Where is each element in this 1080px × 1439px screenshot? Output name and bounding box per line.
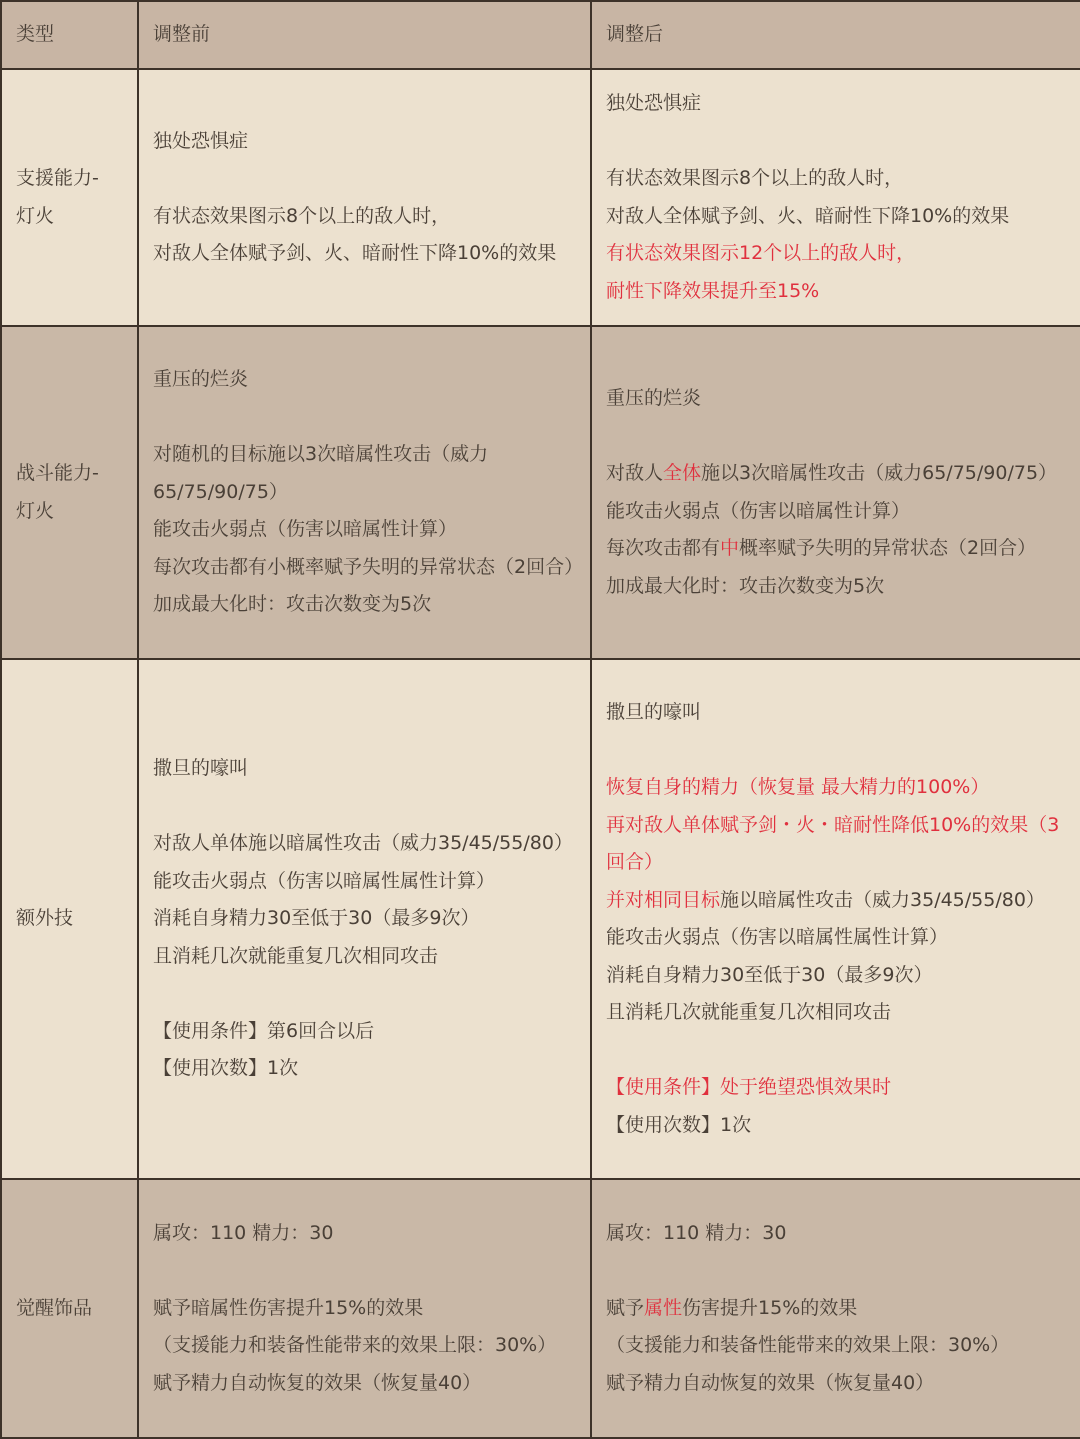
desc-line: 对敌人全体施以3次暗属性攻击（威力65/75/90/75） xyxy=(606,455,1066,493)
desc-line: 对敌人全体赋予剑、火、暗耐性下降10%的效果 xyxy=(153,235,576,273)
desc-line: 对敌人全体赋予剑、火、暗耐性下降10%的效果 xyxy=(606,198,1066,236)
desc-line: 有状态效果图示8个以上的敌人时， xyxy=(153,198,576,236)
desc-line: 能攻击火弱点（伤害以暗属性计算） xyxy=(606,493,1066,531)
changed-text: 全体 xyxy=(663,462,701,484)
after-cell: 独处恐惧症 有状态效果图示8个以上的敌人时， 对敌人全体赋予剑、火、暗耐性下降1… xyxy=(591,69,1080,326)
desc-line: 能攻击火弱点（伤害以暗属性计算） xyxy=(153,511,576,549)
stats-line: 属攻：110 精力：30 xyxy=(153,1215,576,1253)
desc-line: 对敌人单体施以暗属性攻击（威力35/45/55/80） xyxy=(153,825,576,863)
desc-line: 且消耗几次就能重复几次相同攻击 xyxy=(153,938,576,976)
skill-title: 撒旦的嚎叫 xyxy=(606,694,1066,732)
header-type: 类型 xyxy=(1,1,138,69)
desc-line: 赋予暗属性伤害提升15%的效果 xyxy=(153,1290,576,1328)
type-cell: 战斗能力- 灯火 xyxy=(1,326,138,659)
table-row: 支援能力- 灯火 独处恐惧症 有状态效果图示8个以上的敌人时， 对敌人全体赋予剑… xyxy=(1,69,1080,326)
changed-line: 耐性下降效果提升至15% xyxy=(606,273,1066,311)
type-label: 支援能力- xyxy=(16,160,123,198)
text-span: 每次攻击都有 xyxy=(606,537,720,559)
desc-line: 有状态效果图示8个以上的敌人时， xyxy=(606,160,1066,198)
type-cell: 觉醒饰品 xyxy=(1,1179,138,1438)
table-row: 觉醒饰品 属攻：110 精力：30 赋予暗属性伤害提升15%的效果 （支援能力和… xyxy=(1,1179,1080,1438)
changed-line: 恢复自身的精力（恢复量 最大精力的100%） xyxy=(606,769,1066,807)
changed-text: 并对相同目标 xyxy=(606,889,720,911)
skill-title: 重压的烂炎 xyxy=(606,380,1066,418)
desc-line: 赋予属性伤害提升15%的效果 xyxy=(606,1290,1066,1328)
use-condition: 【使用条件】处于绝望恐惧效果时 xyxy=(606,1069,1066,1107)
desc-line: 能攻击火弱点（伤害以暗属性属性计算） xyxy=(153,863,576,901)
before-cell: 撒旦的嚎叫 对敌人单体施以暗属性攻击（威力35/45/55/80） 能攻击火弱点… xyxy=(138,659,591,1179)
desc-line: 每次攻击都有中概率赋予失明的异常状态（2回合） xyxy=(606,530,1066,568)
desc-line: 消耗自身精力30至低于30（最多9次） xyxy=(153,900,576,938)
comparison-table: 类型 调整前 调整后 支援能力- 灯火 独处恐惧症 有状态效果图示8个以上的敌人… xyxy=(0,0,1080,1439)
desc-line: 每次攻击都有小概率赋予失明的异常状态（2回合） xyxy=(153,549,576,587)
changed-line: 再对敌人单体赋予剑・火・暗耐性降低10%的效果（3回合） xyxy=(606,807,1066,882)
table-row: 战斗能力- 灯火 重压的烂炎 对随机的目标施以3次暗属性攻击（威力65/75/9… xyxy=(1,326,1080,659)
header-before: 调整前 xyxy=(138,1,591,69)
desc-line: （支援能力和装备性能带来的效果上限：30%） xyxy=(606,1327,1066,1365)
stats-line: 属攻：110 精力：30 xyxy=(606,1215,1066,1253)
before-cell: 独处恐惧症 有状态效果图示8个以上的敌人时， 对敌人全体赋予剑、火、暗耐性下降1… xyxy=(138,69,591,326)
use-condition: 【使用条件】第6回合以后 xyxy=(153,1013,576,1051)
type-label: 灯火 xyxy=(16,493,123,531)
after-cell: 属攻：110 精力：30 赋予属性伤害提升15%的效果 （支援能力和装备性能带来… xyxy=(591,1179,1080,1438)
skill-title: 独处恐惧症 xyxy=(153,123,576,161)
skill-title: 撒旦的嚎叫 xyxy=(153,750,576,788)
desc-line: 能攻击火弱点（伤害以暗属性属性计算） xyxy=(606,919,1066,957)
desc-line: 消耗自身精力30至低于30（最多9次） xyxy=(606,957,1066,995)
changed-line: 有状态效果图示12个以上的敌人时， xyxy=(606,235,1066,273)
use-count: 【使用次数】1次 xyxy=(606,1107,1066,1145)
after-cell: 撒旦的嚎叫 恢复自身的精力（恢复量 最大精力的100%） 再对敌人单体赋予剑・火… xyxy=(591,659,1080,1179)
text-span: 伤害提升15%的效果 xyxy=(682,1297,857,1319)
type-label: 觉醒饰品 xyxy=(16,1290,123,1328)
changed-text: 属性 xyxy=(644,1297,682,1319)
type-label: 战斗能力- xyxy=(16,455,123,493)
text-span: 施以3次暗属性攻击（威力65/75/90/75） xyxy=(701,462,1057,484)
desc-line: 对随机的目标施以3次暗属性攻击（威力65/75/90/75） xyxy=(153,436,576,511)
text-span: 概率赋予失明的异常状态（2回合） xyxy=(739,537,1036,559)
type-label: 额外技 xyxy=(16,900,123,938)
table-row: 额外技 撒旦的嚎叫 对敌人单体施以暗属性攻击（威力35/45/55/80） 能攻… xyxy=(1,659,1080,1179)
text-span: 施以暗属性攻击（威力35/45/55/80） xyxy=(720,889,1045,911)
type-label: 灯火 xyxy=(16,198,123,236)
before-cell: 重压的烂炎 对随机的目标施以3次暗属性攻击（威力65/75/90/75） 能攻击… xyxy=(138,326,591,659)
header-row: 类型 调整前 调整后 xyxy=(1,1,1080,69)
text-span: 赋予 xyxy=(606,1297,644,1319)
desc-line: 赋予精力自动恢复的效果（恢复量40） xyxy=(153,1365,576,1403)
desc-line: （支援能力和装备性能带来的效果上限：30%） xyxy=(153,1327,576,1365)
before-cell: 属攻：110 精力：30 赋予暗属性伤害提升15%的效果 （支援能力和装备性能带… xyxy=(138,1179,591,1438)
desc-line: 并对相同目标施以暗属性攻击（威力35/45/55/80） xyxy=(606,882,1066,920)
desc-line: 且消耗几次就能重复几次相同攻击 xyxy=(606,994,1066,1032)
type-cell: 支援能力- 灯火 xyxy=(1,69,138,326)
desc-line: 加成最大化时：攻击次数变为5次 xyxy=(153,586,576,624)
after-cell: 重压的烂炎 对敌人全体施以3次暗属性攻击（威力65/75/90/75） 能攻击火… xyxy=(591,326,1080,659)
use-count: 【使用次数】1次 xyxy=(153,1050,576,1088)
type-cell: 额外技 xyxy=(1,659,138,1179)
text-span: 对敌人 xyxy=(606,462,663,484)
skill-title: 独处恐惧症 xyxy=(606,85,1066,123)
skill-title: 重压的烂炎 xyxy=(153,361,576,399)
desc-line: 赋予精力自动恢复的效果（恢复量40） xyxy=(606,1365,1066,1403)
header-after: 调整后 xyxy=(591,1,1080,69)
desc-line: 加成最大化时：攻击次数变为5次 xyxy=(606,568,1066,606)
changed-text: 中 xyxy=(720,537,739,559)
